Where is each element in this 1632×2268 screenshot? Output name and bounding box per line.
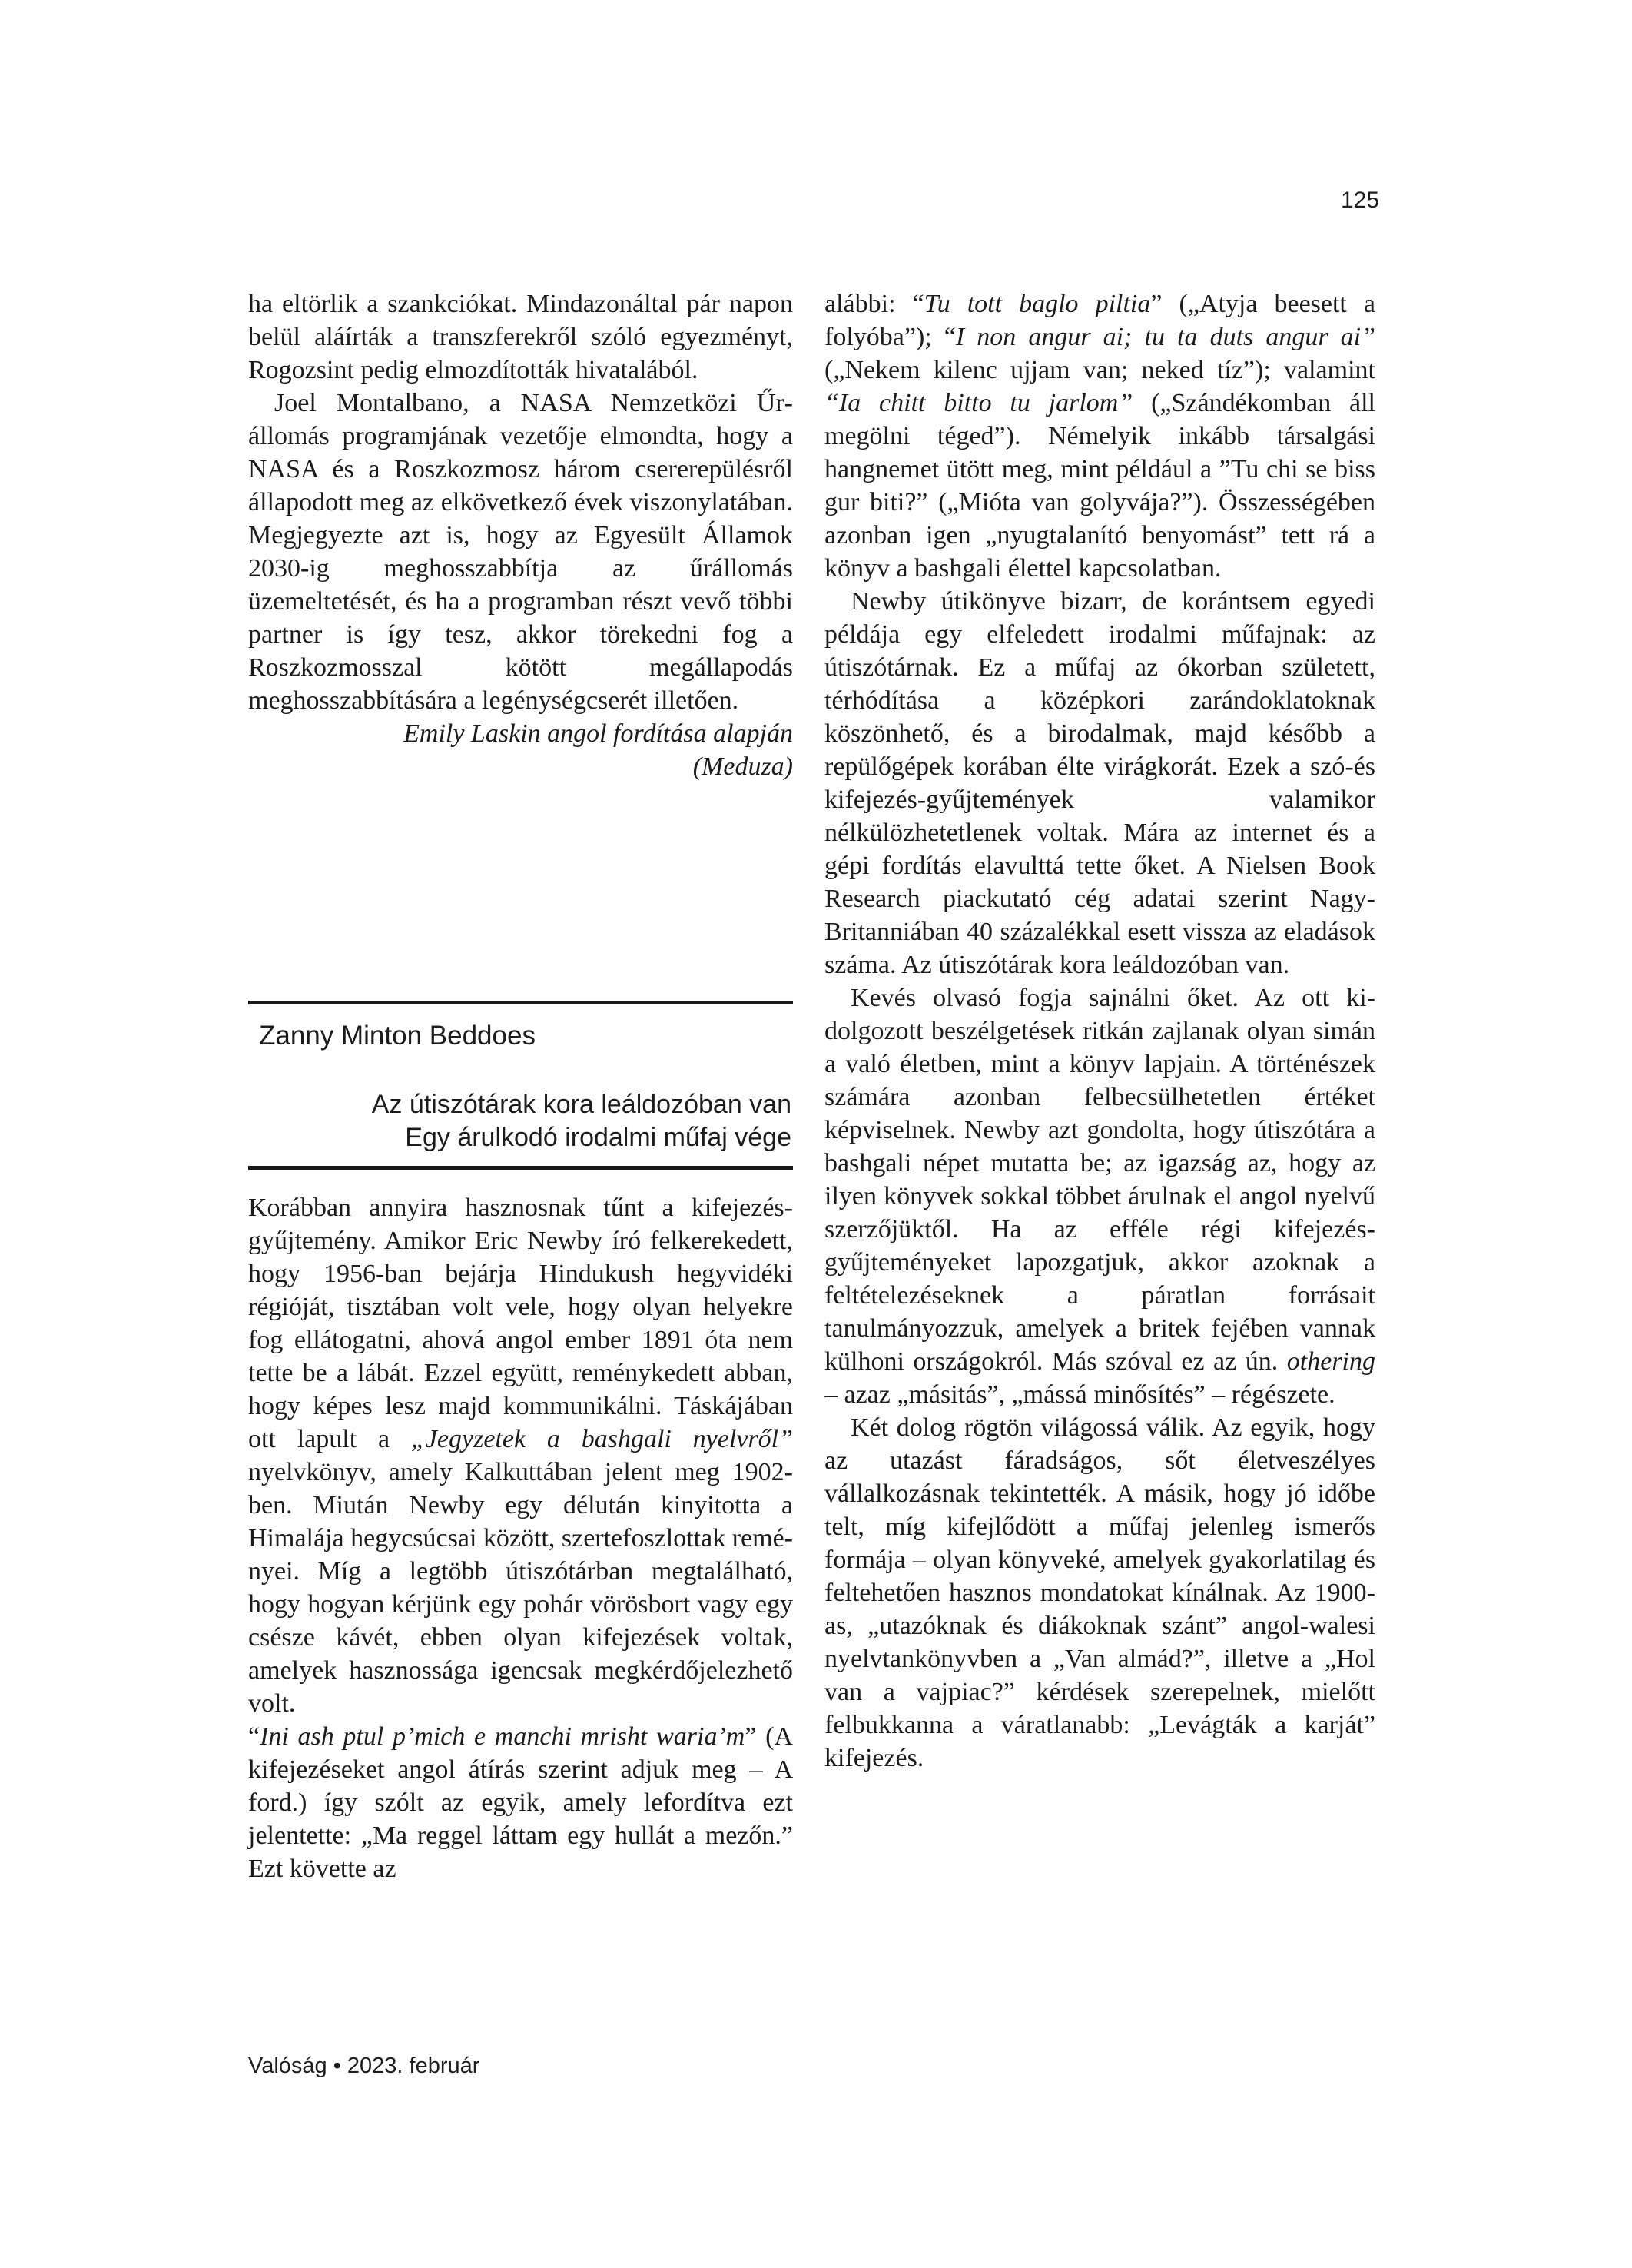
phrase-quote: I non angur ai; tu ta duts angur ai”	[956, 323, 1375, 351]
left-column-article-body: Korábban annyira hasznosnak tűnt a kifej…	[248, 1191, 793, 1885]
phrase-quote: “Ia chitt bitto tu jarlom”	[824, 389, 1133, 417]
paragraph: Kevés olvasó fogja sajnálni őket. Az ott…	[824, 981, 1375, 1411]
phrase-quote: Tu tott baglo piltia	[924, 290, 1151, 318]
term-othering: othering	[1287, 1347, 1375, 1376]
article-title: Az útiszótárak kora leáldozóban van	[372, 1088, 791, 1121]
paragraph: Korábban annyira hasznosnak tűnt a kifej…	[248, 1191, 793, 1720]
paragraph: Newby útikönyve bizarr, de korántsem egy…	[824, 585, 1375, 981]
article-author: Zanny Minton Beddoes	[259, 1021, 536, 1051]
left-column-previous-article: ha eltörlik a szankciókat. Mindazonáltal…	[248, 287, 793, 783]
paragraph: Két dolog rögtön világossá válik. Az egy…	[824, 1411, 1375, 1775]
source-credit: (Meduza)	[248, 750, 793, 783]
paragraph: alábbi: “Tu tott baglo piltia” („Atyja b…	[824, 287, 1375, 585]
paragraph: ha eltörlik a szankciókat. Mindazonáltal…	[248, 287, 793, 387]
heading-rule-top	[248, 1001, 793, 1004]
paragraph: Joel Montalbano, a NASA Nemzetközi Űr­ál…	[248, 387, 793, 717]
right-column: alábbi: “Tu tott baglo piltia” („Atyja b…	[824, 287, 1375, 1775]
article-subtitle: Egy árulkodó irodalmi műfaj vége	[372, 1121, 791, 1154]
paragraph: “Ini ash ptul p’mich e manchi mrisht war…	[248, 1720, 793, 1885]
translation-credit: Emily Laskin angol fordítása alapján	[248, 717, 793, 750]
footer-publication: Valóság • 2023. február	[248, 2054, 479, 2079]
book-title: „Jegyzetek a bashgali nyelvről”	[411, 1425, 793, 1453]
heading-rule-bottom	[248, 1166, 793, 1170]
article-title-block: Az útiszótárak kora leáldozóban van Egy …	[372, 1088, 791, 1154]
article-heading: Zanny Minton Beddoes Az útiszótárak kora…	[248, 1001, 793, 1170]
page-number: 125	[1341, 188, 1379, 214]
phrase-quote: Ini ash ptul p’mich e manchi mrisht wari…	[260, 1722, 745, 1751]
